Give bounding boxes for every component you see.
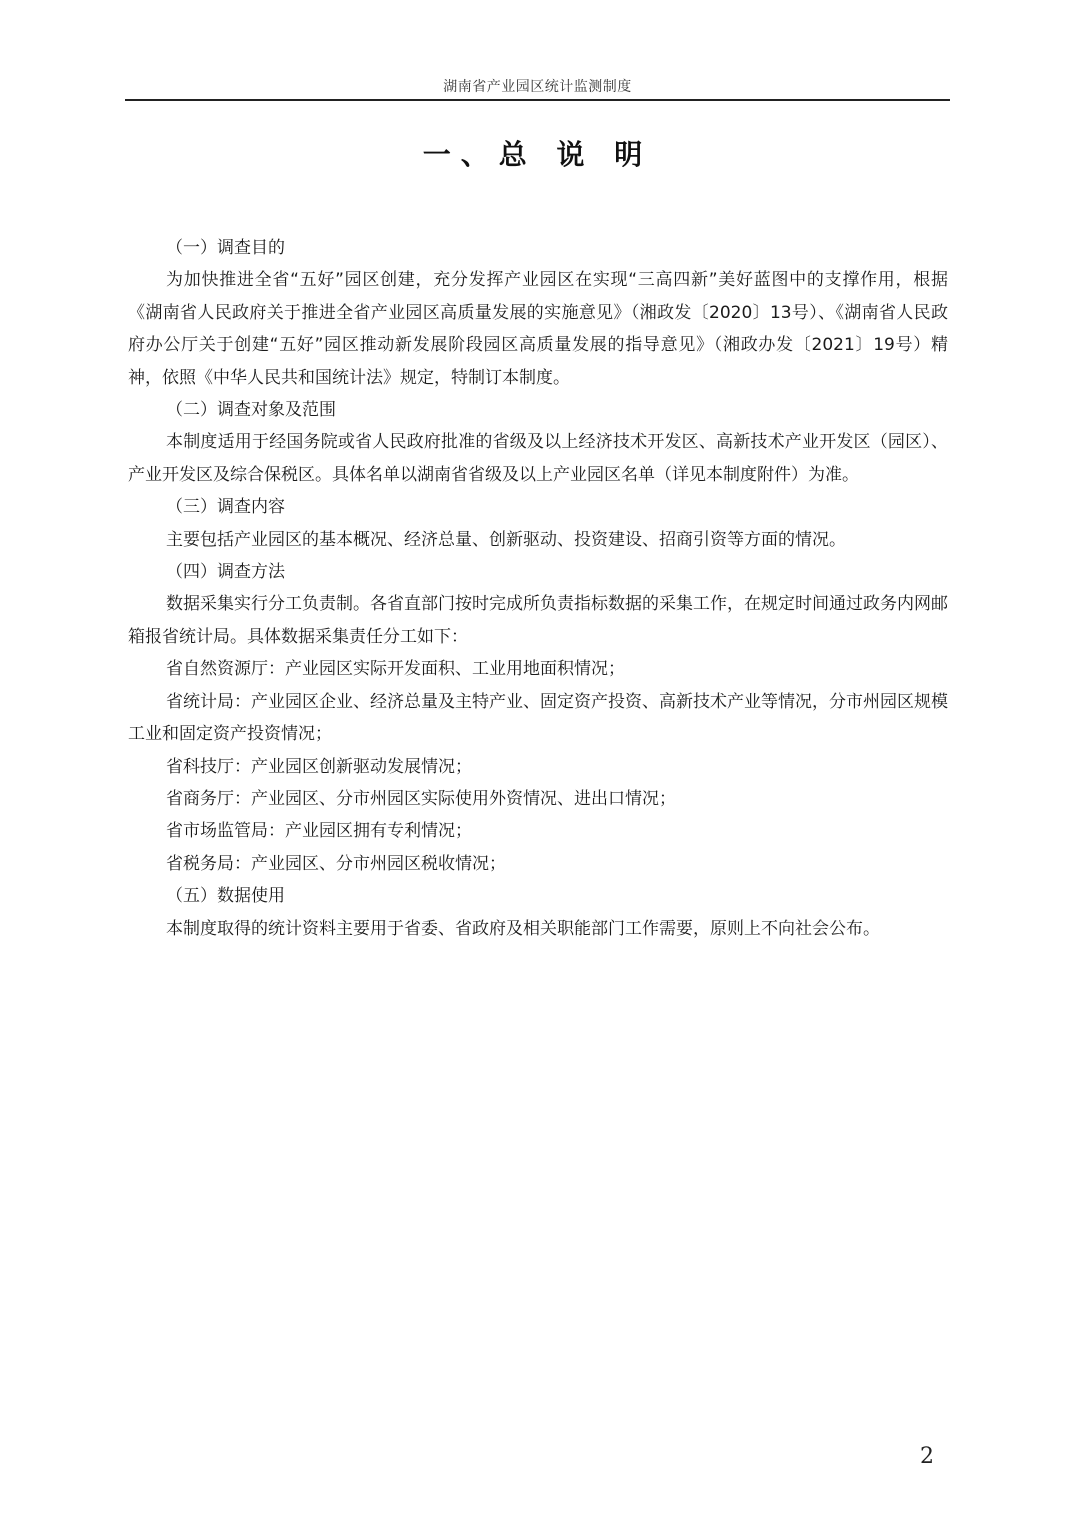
section-content: （三）调查内容 主要包括产业园区的基本概况、经济总量、创新驱动、投资建设、招商引… xyxy=(128,491,948,556)
section-heading: （三）调查内容 xyxy=(128,491,948,523)
responsibility-item: 省税务局：产业园区、分市州园区税收情况； xyxy=(128,848,948,880)
paragraph: 数据采集实行分工负责制。各省直部门按时完成所负责指标数据的采集工作，在规定时间通… xyxy=(128,588,948,653)
section-scope: （二）调查对象及范围 本制度适用于经国务院或省人民政府批准的省级及以上经济技术开… xyxy=(128,394,948,491)
section-heading: （一）调查目的 xyxy=(128,232,948,264)
running-header: 湖南省产业园区统计监测制度 xyxy=(125,76,950,96)
section-data-use: （五）数据使用 本制度取得的统计资料主要用于省委、省政府及相关职能部门工作需要，… xyxy=(128,880,948,945)
responsibility-item: 省市场监管局：产业园区拥有专利情况； xyxy=(128,815,948,847)
responsibility-item: 省科技厅：产业园区创新驱动发展情况； xyxy=(128,751,948,783)
section-purpose: （一）调查目的 为加快推进全省“五好”园区创建，充分发挥产业园区在实现“三高四新… xyxy=(128,232,948,394)
paragraph: 主要包括产业园区的基本概况、经济总量、创新驱动、投资建设、招商引资等方面的情况。 xyxy=(128,524,948,556)
section-heading: （五）数据使用 xyxy=(128,880,948,912)
document-body: （一）调查目的 为加快推进全省“五好”园区创建，充分发挥产业园区在实现“三高四新… xyxy=(128,232,948,945)
responsibility-item: 省统计局：产业园区企业、经济总量及主特产业、固定资产投资、高新技术产业等情况，分… xyxy=(128,686,948,751)
page-number: 2 xyxy=(920,1444,934,1469)
responsibility-item: 省自然资源厅：产业园区实际开发面积、工业用地面积情况； xyxy=(128,653,948,685)
page-title: 一、总 说 明 xyxy=(125,133,950,173)
section-heading: （二）调查对象及范围 xyxy=(128,394,948,426)
section-heading: （四）调查方法 xyxy=(128,556,948,588)
header-divider xyxy=(125,99,950,101)
paragraph: 为加快推进全省“五好”园区创建，充分发挥产业园区在实现“三高四新”美好蓝图中的支… xyxy=(128,264,948,394)
responsibility-item: 省商务厅：产业园区、分市州园区实际使用外资情况、进出口情况； xyxy=(128,783,948,815)
paragraph: 本制度适用于经国务院或省人民政府批准的省级及以上经济技术开发区、高新技术产业开发… xyxy=(128,426,948,491)
paragraph: 本制度取得的统计资料主要用于省委、省政府及相关职能部门工作需要，原则上不向社会公… xyxy=(128,913,948,945)
section-method: （四）调查方法 数据采集实行分工负责制。各省直部门按时完成所负责指标数据的采集工… xyxy=(128,556,948,880)
